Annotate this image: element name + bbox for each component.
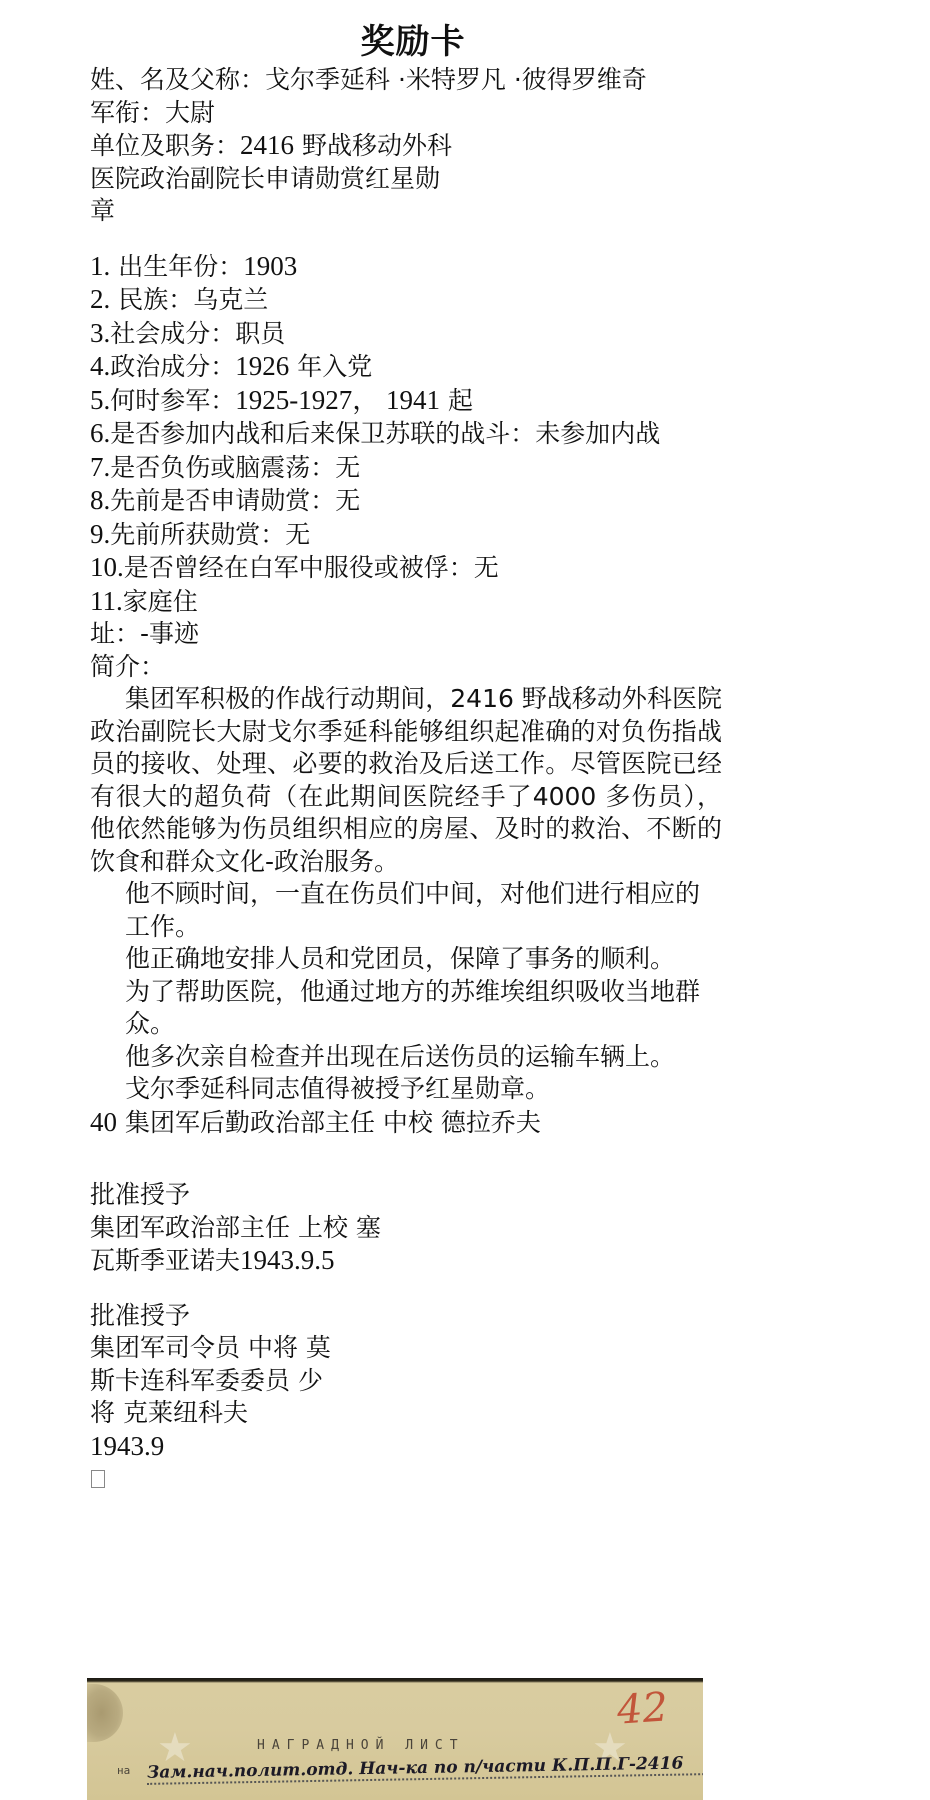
field-white-army: 10.是否曾经在白军中服役或被俘：无 xyxy=(90,551,730,585)
rank-value: 大尉 xyxy=(165,98,215,127)
field-value: 未参加内战 xyxy=(535,419,660,448)
field-label: 先前是否申请勋赏： xyxy=(110,486,335,515)
name-label: 姓、名及父称： xyxy=(90,65,265,94)
field-wounds: 7.是否负伤或脑震荡：无 xyxy=(90,451,730,485)
field-value: 起 xyxy=(440,386,473,415)
name-value: 戈尔季延科 ·米特罗凡 ·彼得罗维奇 xyxy=(265,65,647,94)
field-number: 10. xyxy=(90,552,124,582)
field-previous-awards: 9.先前所获勋赏：无 xyxy=(90,518,730,552)
field-number: 9. xyxy=(90,519,110,549)
field-label: 先前所获勋赏： xyxy=(110,520,285,549)
unit-line-2: 医院政治副院长申请勋赏红星勋 xyxy=(90,163,730,196)
approval-1-label: 批准授予 xyxy=(90,1179,730,1212)
field-label: 是否负伤或脑震荡： xyxy=(110,453,335,482)
field-value: 无 xyxy=(335,486,360,515)
field-value: 乌克兰 xyxy=(193,285,268,314)
unit-number: 2416 xyxy=(240,130,294,160)
field-label: 民族： xyxy=(110,285,193,314)
handwritten-line: Зам.нач.полит.отд. Нач-ка по п/части К.П… xyxy=(147,1753,703,1785)
name-line: 姓、名及父称：戈尔季延科 ·米特罗凡 ·彼得罗维奇 xyxy=(90,64,730,97)
field-value: 年入党 xyxy=(289,352,372,381)
approval-2-date: 1943.9 xyxy=(90,1430,730,1463)
field-value: 1903 xyxy=(243,251,297,281)
document-title: 奖励卡 xyxy=(0,14,826,63)
summary-label: 简介： xyxy=(90,651,730,684)
approval-1-line-2: 瓦斯季亚诺夫1943.9.5 xyxy=(90,1244,730,1278)
paper-stain xyxy=(87,1684,123,1742)
approval-2-line-3: 将 克莱纽科夫 xyxy=(90,1397,730,1430)
scan-heading: НАГРАДНОЙ ЛИСТ xyxy=(257,1738,465,1753)
address-continuation: 址：-事迹 xyxy=(90,618,730,651)
field-label: 家庭住 xyxy=(123,587,198,616)
summary-item: 他不顾时间，一直在伤员们中间，对他们进行相应的工作。 xyxy=(90,878,722,943)
field-number: 4. xyxy=(90,351,110,381)
field-label: 社会成分： xyxy=(110,319,235,348)
unit-label: 单位及职务： xyxy=(90,131,240,160)
unit-line-3: 章 xyxy=(90,195,730,228)
approval-2-label: 批准授予 xyxy=(90,1300,730,1333)
approval-2-line-2: 斯卡连科军委委员 少 xyxy=(90,1365,730,1398)
approval-2-line-1: 集团军司令员 中将 莫 xyxy=(90,1332,730,1365)
field-label: 是否参加内战和后来保卫苏联的战斗： xyxy=(110,419,535,448)
field-label: 出生年份： xyxy=(110,252,243,281)
summary-item: 为了帮助医院，他通过地方的苏维埃组织吸收当地群众。 xyxy=(90,976,722,1041)
signatory-army-number: 40 xyxy=(90,1107,117,1137)
unit-line: 单位及职务：2416 野战移动外科 xyxy=(90,129,730,163)
field-nationality: 2. 民族：乌克兰 xyxy=(90,283,730,317)
field-previous-nominations: 8.先前是否申请勋赏：无 xyxy=(90,484,730,518)
field-number: 5. xyxy=(90,385,110,415)
scan-prefix: на xyxy=(117,1764,130,1777)
field-number: 2. xyxy=(90,284,110,314)
field-value: 无 xyxy=(335,453,360,482)
field-number: 8. xyxy=(90,485,110,515)
page-number-annotation: 42 xyxy=(615,1684,669,1733)
summary-item: 他正确地安排人员和党团员，保障了事务的顺利。 xyxy=(90,943,722,976)
summary-item: 戈尔季延科同志值得被授予红星勋章。 xyxy=(90,1073,722,1106)
field-number: 6. xyxy=(90,418,110,448)
summary-paragraph: 集团军积极的作战行动期间，2416 野战移动外科医院政治副院长大尉戈尔季延科能够… xyxy=(90,683,722,878)
field-value: 无 xyxy=(285,520,310,549)
signatory-name: 集团军后勤政治部主任 中校 德拉乔夫 xyxy=(117,1108,541,1137)
field-enlistment: 5.何时参军：1925-1927， 1941 起 xyxy=(90,384,730,418)
field-value: 无 xyxy=(474,553,499,582)
field-number: 3. xyxy=(90,318,110,348)
field-number: 11. xyxy=(90,586,123,616)
field-value: 职员 xyxy=(235,319,285,348)
approval-date: 1943.9.5 xyxy=(240,1245,335,1275)
field-home-address: 11.家庭住 xyxy=(90,585,730,619)
rank-line: 军衔：大尉 xyxy=(90,97,730,130)
summary-item: 他多次亲自检查并出现在后送伤员的运输车辆上。 xyxy=(90,1041,722,1074)
field-social-status: 3.社会成分：职员 xyxy=(90,317,730,351)
missing-glyph-icon xyxy=(91,1470,105,1488)
field-birth-year: 1. 出生年份：1903 xyxy=(90,250,730,284)
award-card-body: 姓、名及父称：戈尔季延科 ·米特罗凡 ·彼得罗维奇 军衔：大尉 单位及职务：24… xyxy=(90,64,730,1488)
signatory-line: 40 集团军后勤政治部主任 中校 德拉乔夫 xyxy=(90,1106,730,1140)
field-civil-war: 6.是否参加内战和后来保卫苏联的战斗：未参加内战 xyxy=(90,417,730,451)
field-value-number: 1926 xyxy=(235,351,289,381)
rank-label: 军衔： xyxy=(90,98,165,127)
field-label: 政治成分： xyxy=(110,352,235,381)
approval-1-line-1: 集团军政治部主任 上校 塞 xyxy=(90,1212,730,1245)
field-number: 7. xyxy=(90,452,110,482)
unit-value: 野战移动外科 xyxy=(294,131,452,160)
scanned-award-sheet-image: ★ ★ 42 НАГРАДНОЙ ЛИСТ на Зам.нач.полит.о… xyxy=(87,1678,703,1800)
field-number: 1. xyxy=(90,251,110,281)
field-label: 是否曾经在白军中服役或被俘： xyxy=(124,553,474,582)
field-label: 何时参军： xyxy=(110,386,235,415)
approver-name: 瓦斯季亚诺夫 xyxy=(90,1246,240,1275)
field-value-number: 1925-1927， 1941 xyxy=(235,385,440,415)
field-party-membership: 4.政治成分：1926 年入党 xyxy=(90,350,730,384)
